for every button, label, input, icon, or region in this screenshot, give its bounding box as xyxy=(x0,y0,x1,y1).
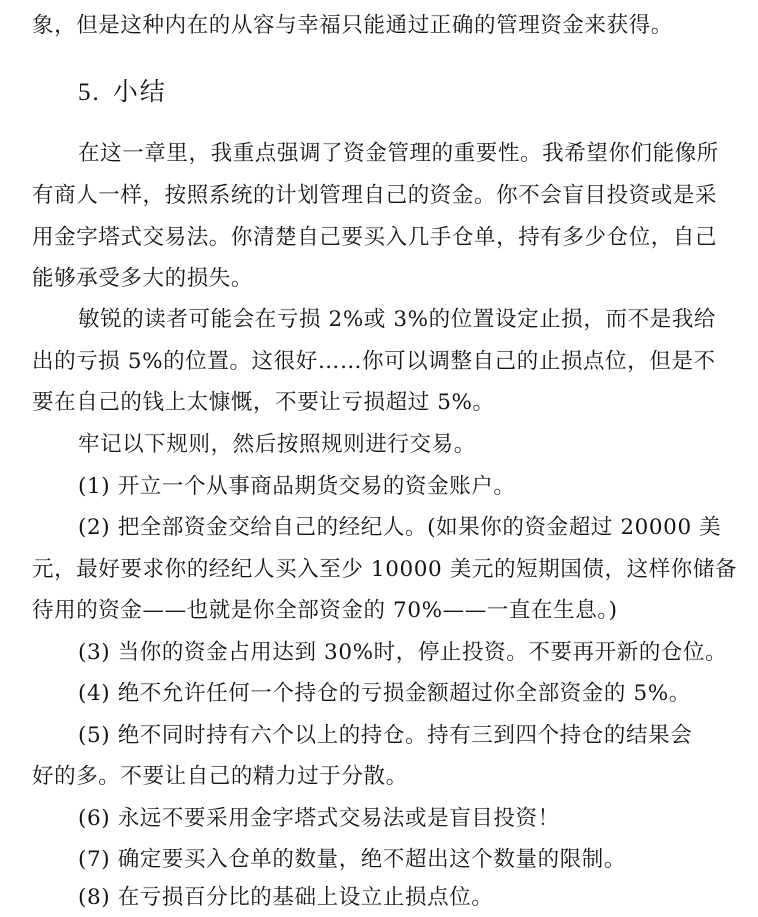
paragraph-line: 敏锐的读者可能会在亏损 2%或 3%的位置设定止损，而不是我给 xyxy=(78,306,733,334)
paragraph-line: 在这一章里，我重点强调了资金管理的重要性。我希望你们能像所 xyxy=(78,140,733,168)
section-heading: 5.小结 xyxy=(78,76,167,109)
rule-label: (6) xyxy=(78,806,110,831)
rule-text: 待用的资金——也就是你全部资金的 70%——一直在生息。) xyxy=(32,597,732,625)
book-page: 象，但是这种内在的从容与幸福只能通过正确的管理资金来获得。 5.小结 在这一章里… xyxy=(0,0,758,917)
rule-text: 把全部资金交给自己的经纪人。(如果你的资金超过 20000 美 xyxy=(118,515,722,540)
section-number: 5. xyxy=(78,79,101,106)
rule-label: (4) xyxy=(78,681,110,706)
rule-text: 元，最好要求你的经纪人买入至少 10000 美元的短期国债，这样你储备 xyxy=(32,556,732,584)
rule-text: 在亏损百分比的基础上设立止损点位。 xyxy=(118,885,494,910)
rule-label: (8) xyxy=(78,885,110,910)
rule-text: 永远不要采用金字塔式交易法或是盲目投资！ xyxy=(118,806,560,831)
rule-label: (5) xyxy=(78,723,110,748)
paragraph-line: 出的亏损 5%的位置。这很好……你可以调整自己的止损点位，但是不 xyxy=(32,348,732,376)
paragraph-line: 要在自己的钱上太慷慨，不要让亏损超过 5%。 xyxy=(32,389,732,417)
paragraph-line: 用金字塔式交易法。你清楚自己要买入几手仓单，持有多少仓位，自己 xyxy=(32,224,732,252)
paragraph-line: 牢记以下规则，然后按照规则进行交易。 xyxy=(78,431,733,459)
rule-label: (7) xyxy=(78,847,110,872)
rule-text: 当你的资金占用达到 30%时，停止投资。不要再开新的仓位。 xyxy=(118,640,728,665)
rule-label: (1) xyxy=(78,474,110,499)
rule-text: 绝不允许任何一个持仓的亏损金额超过你全部资金的 5%。 xyxy=(118,681,691,706)
opening-line: 象，但是这种内在的从容与幸福只能通过正确的管理资金来获得。 xyxy=(32,12,732,40)
rule-text: 好的多。不要让自己的精力过于分散。 xyxy=(32,763,732,791)
rule-text: 确定要买入仓单的数量，绝不超出这个数量的限制。 xyxy=(118,847,626,872)
rule-text: 开立一个从事商品期货交易的资金账户。 xyxy=(118,474,516,499)
section-title: 小结 xyxy=(113,77,167,106)
rule-label: (2) xyxy=(78,515,110,540)
rule-text: 绝不同时持有六个以上的持仓。持有三到四个持仓的结果会 xyxy=(118,723,693,748)
rule-label: (3) xyxy=(78,640,110,665)
paragraph-line: 有商人一样，按照系统的计划管理自己的资金。你不会盲目投资或是采 xyxy=(32,182,732,210)
paragraph-line: 能够承受多大的损失。 xyxy=(32,265,732,293)
